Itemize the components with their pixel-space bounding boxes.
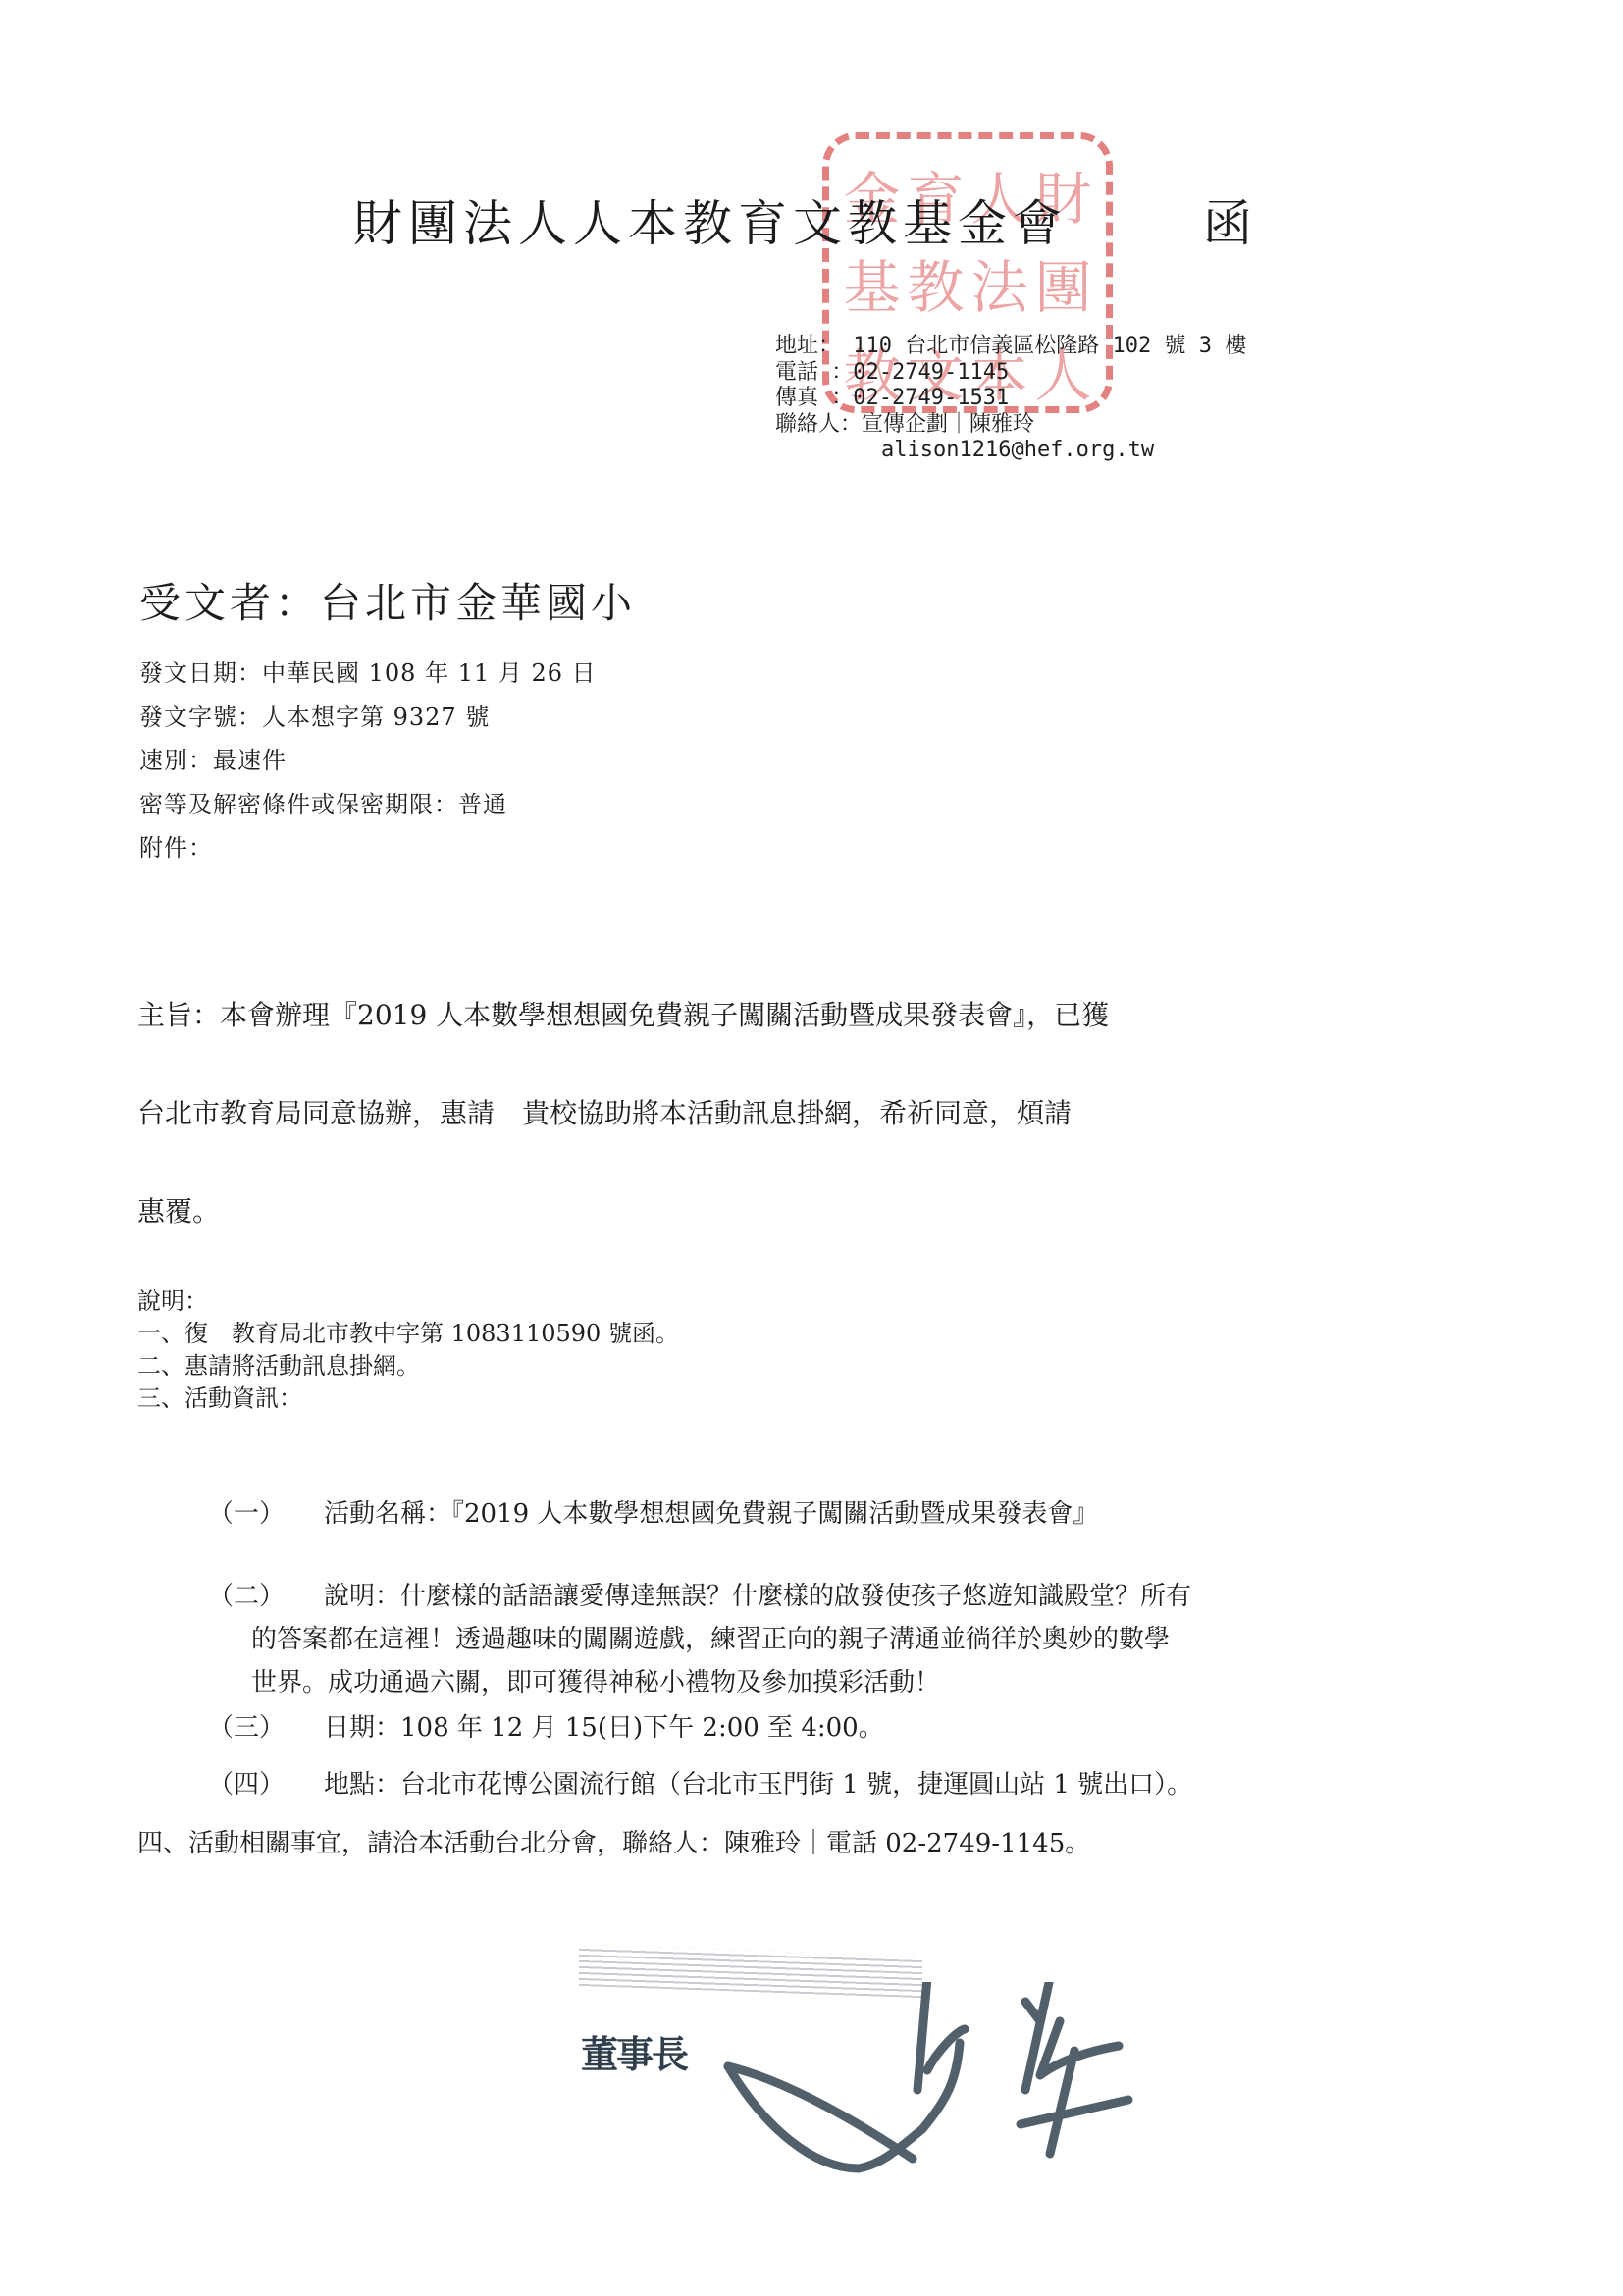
- document-meta: 發文日期：中華民國 108 年 11 月 26 日 發文字號：人本想字第 932…: [139, 652, 597, 870]
- explanation: 說明： 一、復 教育局北市教中字第 1083110590 號函。 二、惠請將活動…: [137, 1285, 679, 1415]
- activity-description-cont: 的答案都在這裡！透過趣味的闖關遊戲，練習正向的親子溝通並徜徉於奧妙的數學: [251, 1619, 1170, 1655]
- issue-date: 發文日期：中華民國 108 年 11 月 26 日: [139, 652, 597, 696]
- document-number: 發文字號：人本想字第 9327 號: [139, 696, 597, 740]
- sender-email: alison1216@hef.org.tw: [775, 438, 1246, 464]
- organization-title: 財團法人人本教育文教基金會: [353, 184, 1068, 255]
- activity-name-item: （一）活動名稱：『2019 人本數學想想國免費親子闖關活動暨成果發表會』: [208, 1493, 1098, 1530]
- activity-date-item: （三）日期：108 年 12 月 15(日)下午 2:00 至 4:00。: [208, 1707, 884, 1744]
- explanation-item: 三、活動資訊：: [137, 1383, 679, 1415]
- activity-description-cont: 世界。成功通過六關，即可獲得神秘小禮物及參加摸彩活動！: [251, 1662, 940, 1698]
- explanation-heading: 說明：: [137, 1285, 679, 1318]
- subject-line: 台北市教育局同意協辦，惠請 貴校協助將本活動訊息掛網，希祈同意，煩請: [137, 1065, 1492, 1163]
- sender-info: 地址： 110 台北市信義區松隆路 102 號 3 樓 電話 ：02-2749-…: [775, 334, 1246, 464]
- attachment: 附件：: [139, 826, 597, 870]
- sender-address: 地址： 110 台北市信義區松隆路 102 號 3 樓: [775, 334, 1246, 360]
- explanation-item: 二、惠請將活動訊息掛網。: [137, 1350, 679, 1383]
- chairman-signature: [687, 1982, 1197, 2218]
- subject-line: 主旨：本會辦理『2019 人本數學想想國免費親子闖關活動暨成果發表會』，已獲: [137, 966, 1492, 1065]
- subject: 主旨：本會辦理『2019 人本數學想想國免費親子闖關活動暨成果發表會』，已獲 台…: [137, 966, 1492, 1261]
- recipient: 受文者：台北市金華國小: [139, 571, 636, 630]
- classification: 密等及解密條件或保密期限：普通: [139, 783, 597, 827]
- chairman-label: 董事長: [581, 2024, 687, 2078]
- subject-line: 惠覆。: [137, 1163, 1492, 1261]
- activity-location-item: （四）地點：台北市花博公園流行館（台北市玉門街 1 號，捷運圓山站 1 號出口）…: [208, 1764, 1192, 1800]
- document-type: 函: [1203, 184, 1252, 255]
- sender-fax: 傳真 ：02-2749-1531: [775, 386, 1246, 412]
- explanation-item: 一、復 教育局北市教中字第 1083110590 號函。: [137, 1318, 679, 1350]
- activity-description-item: （二）說明：什麼樣的話語讓愛傳達無誤？什麼樣的啟發使孩子悠遊知識殿堂？所有: [208, 1576, 1191, 1612]
- sender-contact: 聯絡人：宣傳企劃｜陳雅玲: [775, 412, 1246, 439]
- sender-phone: 電話 ：02-2749-1145: [775, 360, 1246, 387]
- contact-item: 四、活動相關事宜，請洽本活動台北分會，聯絡人：陳雅玲｜電話 02-2749-11…: [137, 1823, 1090, 1859]
- urgency: 速別：最速件: [139, 739, 597, 783]
